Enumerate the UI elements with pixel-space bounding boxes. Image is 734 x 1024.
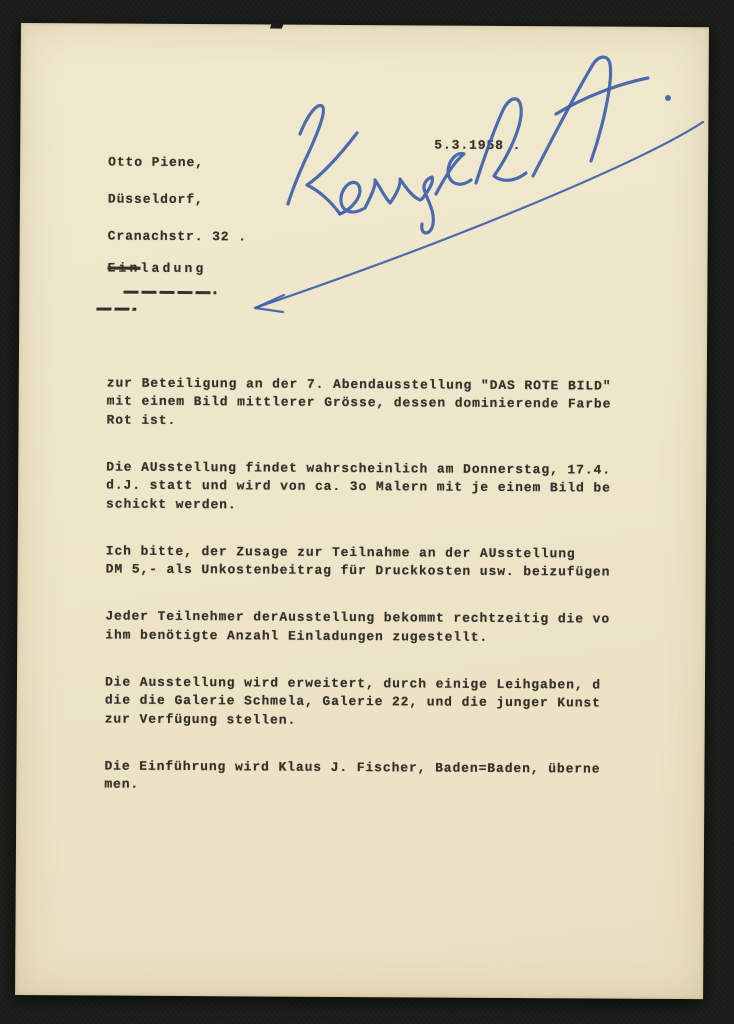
sender-city: Düsseldorf, [108, 190, 247, 209]
paragraph-fee: Ich bitte, der Zusage zur Teilnahme an d… [106, 542, 651, 582]
letter-heading: Einladung [107, 260, 206, 279]
letter-body: zur Beteiligung an der 7. Abendausstellu… [104, 356, 652, 826]
paragraph-loans: Die Ausstellung wird erweitert, durch ei… [105, 673, 650, 732]
heading-struck-part: Ein [107, 261, 140, 276]
paragraph-introduction: Die Einführung wird Klaus J. Fischer, Ba… [104, 757, 649, 797]
paragraph-invitations-delivery: Jeder Teilnehmer derAusstellung bekommt … [105, 608, 650, 648]
letter-page: Otto Piene, Düsseldorf, Cranachstr. 32 .… [15, 23, 709, 999]
sender-street: Cranachstr. 32 . [108, 227, 247, 246]
paragraph-exhibition-date: Die AUsstellung findet wahrscheinlich am… [106, 458, 651, 517]
sender-address-block: Otto Piene, Düsseldorf, Cranachstr. 32 . [108, 135, 248, 265]
letter-date: 5.3.1958 . [434, 137, 521, 156]
heading-underline [123, 291, 216, 294]
sender-name: Otto Piene, [108, 153, 247, 172]
paper-edge-notch [270, 23, 284, 29]
heading-rest-part: ladung [140, 261, 206, 276]
heading-underline-short [96, 307, 136, 310]
paragraph-invitation: zur Beteiligung an der 7. Abendausstellu… [107, 374, 652, 433]
